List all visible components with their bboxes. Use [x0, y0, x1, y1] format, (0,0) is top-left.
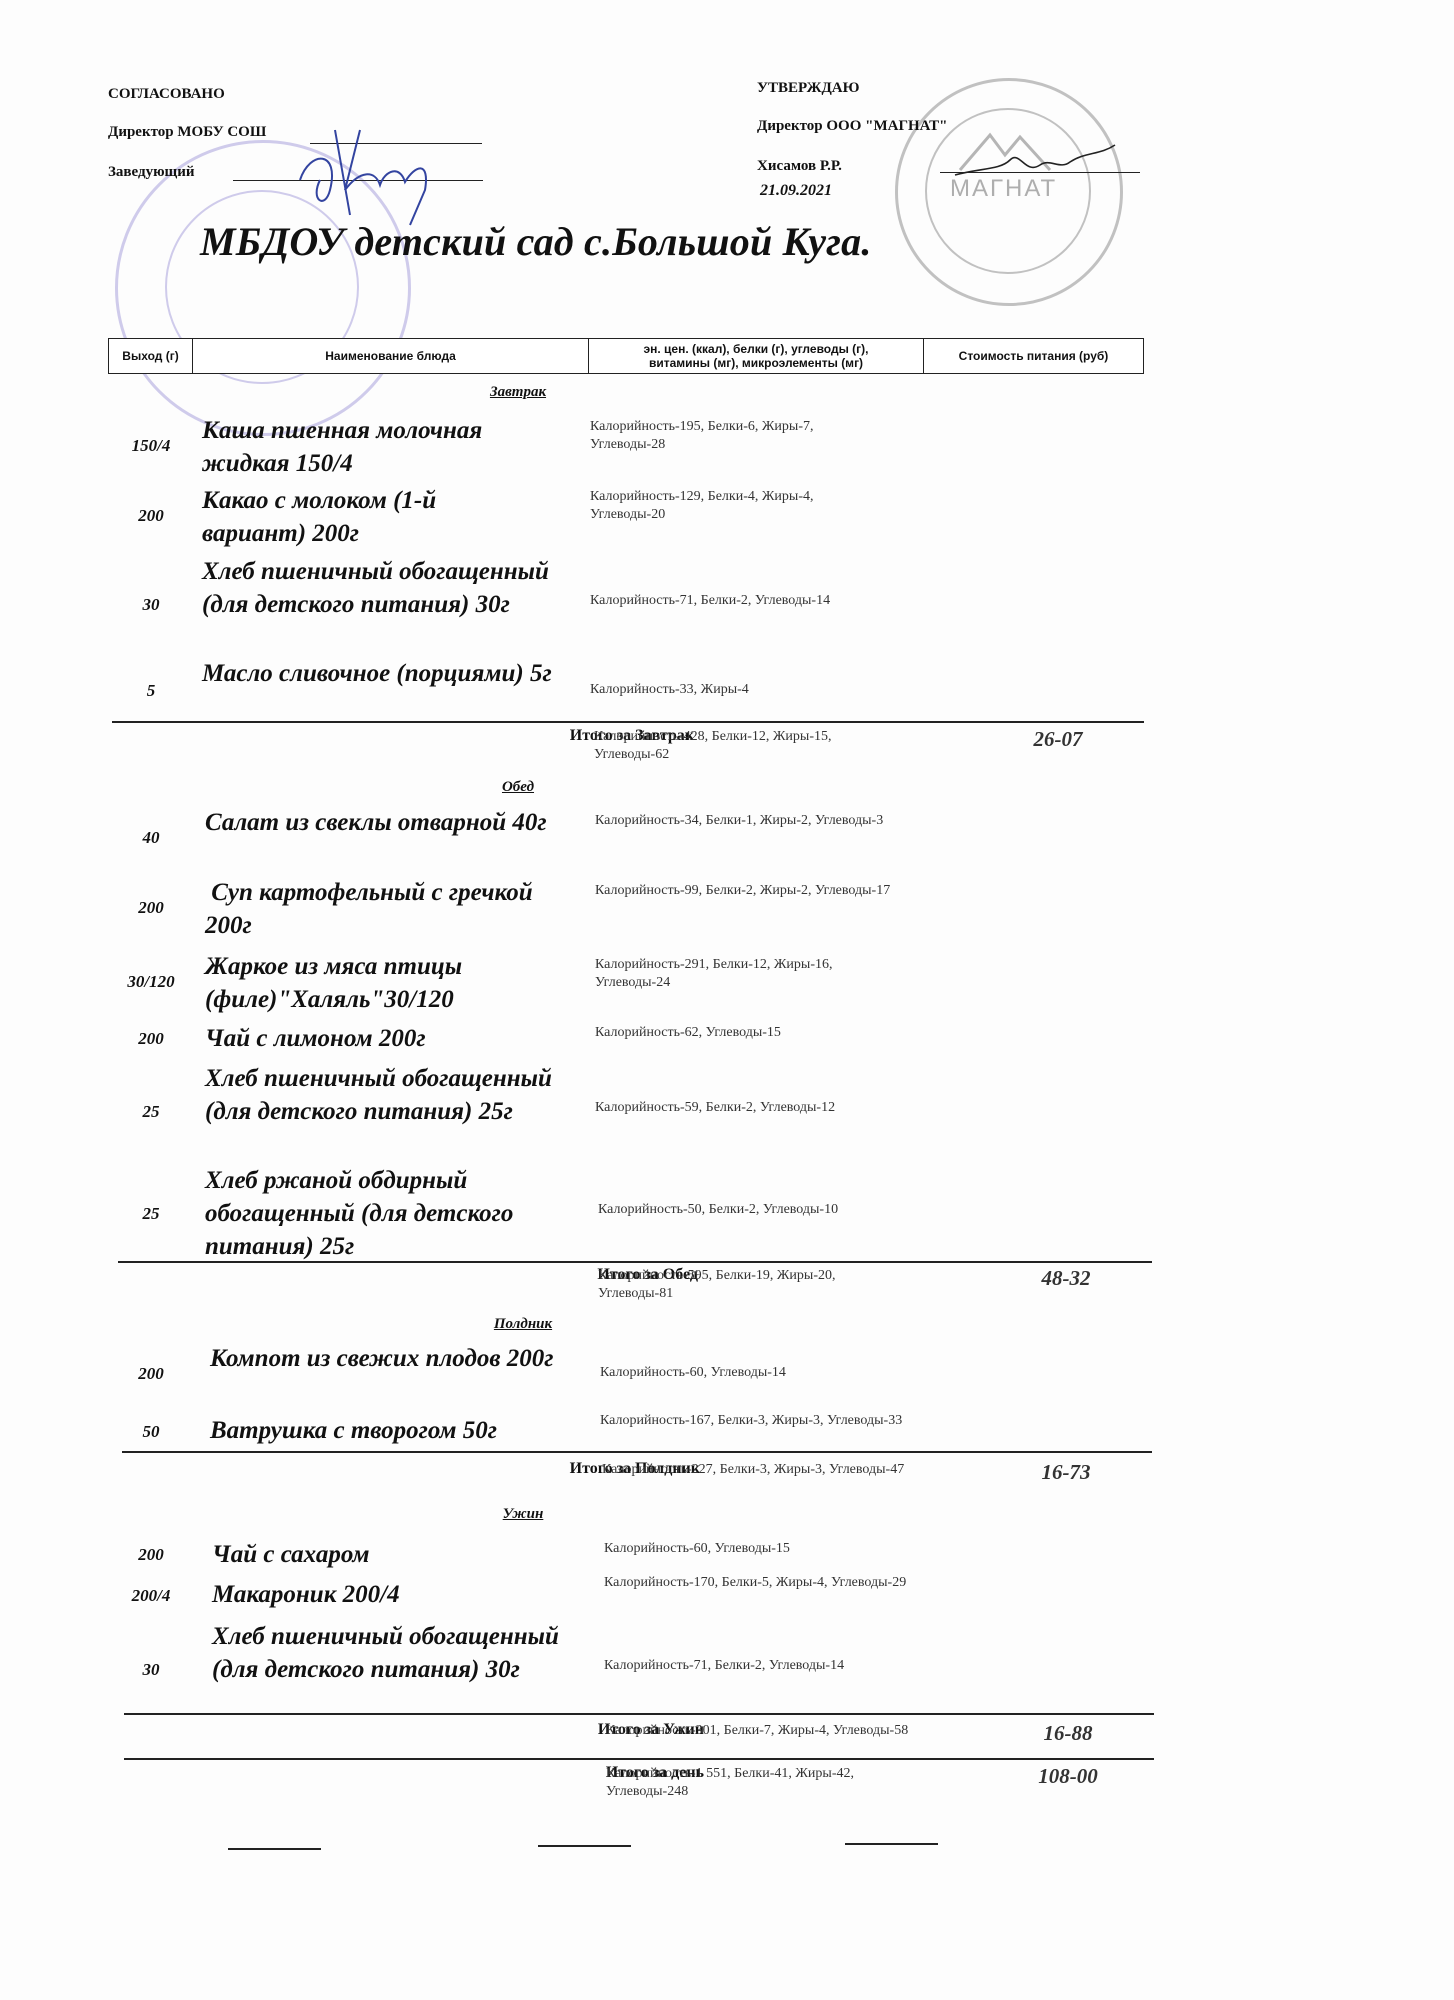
row-nutrition: Калорийность-167, Белки-3, Жиры-3, Углев…	[600, 1412, 910, 1430]
row-yield: 200/4	[108, 1586, 194, 1606]
row-yield: 30	[108, 1660, 194, 1680]
row-nutrition: Калорийность-59, Белки-2, Углеводы-12	[595, 1099, 935, 1117]
row-nutrition: Калорийность-34, Белки-1, Жиры-2, Углево…	[595, 812, 905, 830]
row-nutrition: Калорийность-99, Белки-2, Жиры-2, Углево…	[595, 882, 905, 900]
row-dish: Какао с молоком (1-й вариант) 200г	[202, 484, 492, 550]
total-cost: 26-07	[988, 727, 1128, 752]
table-header: Выход (г) Наименование блюда эн. цен. (к…	[108, 338, 1144, 374]
row-nutrition: Калорийность-291, Белки-12, Жиры-16, Угл…	[595, 956, 905, 992]
section-divider	[118, 1261, 1152, 1263]
row-dish: Хлеб пшеничный обогащенный (для детского…	[202, 555, 572, 621]
approval-left-heading: СОГЛАСОВАНО	[108, 86, 225, 103]
row-dish: Хлеб пшеничный обогащенный (для детского…	[212, 1620, 582, 1686]
row-yield: 200	[108, 898, 194, 918]
row-dish: Хлеб ржаной обдирный обогащенный (для де…	[205, 1164, 575, 1263]
column-header-nutrition: эн. цен. (ккал), белки (г), углеводы (г)…	[589, 339, 924, 373]
row-nutrition: Калорийность-195, Белки-6, Жиры-7, Углев…	[590, 418, 890, 454]
row-dish: Салат из свеклы отварной 40г	[205, 806, 575, 839]
approval-left-director: Директор МОБУ СОШ	[108, 124, 266, 141]
row-yield: 150/4	[108, 436, 194, 456]
day-total-nutrition: Калорийность-1 551, Белки-41, Жиры-42, У…	[606, 1765, 916, 1801]
row-dish: Чай с лимоном 200г	[205, 1022, 595, 1055]
row-nutrition: Калорийность-50, Белки-2, Углеводы-10	[598, 1201, 938, 1219]
section-divider	[124, 1713, 1154, 1715]
signature-dash-2	[538, 1845, 631, 1847]
row-nutrition: Калорийность-71, Белки-2, Углеводы-14	[590, 592, 930, 610]
column-header-nutrition-line1: эн. цен. (ккал), белки (г), углеводы (г)…	[644, 342, 869, 356]
row-nutrition: Калорийность-129, Белки-4, Жиры-4, Углев…	[590, 488, 890, 524]
row-dish: Суп картофельный с гречкой 200г	[205, 876, 585, 942]
column-header-nutrition-line2: витамины (мг), микроэлементы (мг)	[649, 356, 863, 370]
row-yield: 50	[108, 1422, 194, 1442]
row-yield: 25	[108, 1102, 194, 1122]
section-label-snack: Полдник	[108, 1316, 938, 1333]
row-yield: 200	[108, 1029, 194, 1049]
column-header-yield: Выход (г)	[109, 339, 193, 373]
section-divider	[112, 721, 1144, 723]
row-dish: Ватрушка с творогом 50г	[210, 1414, 600, 1447]
row-yield: 200	[108, 506, 194, 526]
total-cost: 16-88	[998, 1721, 1138, 1746]
row-nutrition: Калорийность-60, Углеводы-14	[600, 1364, 920, 1382]
signature-left	[290, 120, 450, 230]
row-dish: Компот из свежих плодов 200г	[210, 1342, 580, 1375]
row-yield: 25	[108, 1204, 194, 1224]
row-yield: 200	[108, 1364, 194, 1384]
day-total-cost: 108-00	[998, 1764, 1138, 1789]
row-dish: Каша пшенная молочная жидкая 150/4	[202, 414, 542, 480]
row-yield: 30/120	[108, 972, 194, 992]
row-dish: Жаркое из мяса птицы (филе)"Халяль"30/12…	[205, 950, 535, 1016]
row-nutrition: Калорийность-33, Жиры-4	[590, 681, 910, 699]
section-divider	[122, 1451, 1152, 1453]
day-total-divider	[124, 1758, 1154, 1760]
row-dish: Макароник 200/4	[212, 1578, 602, 1611]
row-dish: Хлеб пшеничный обогащенный (для детского…	[205, 1062, 575, 1128]
total-cost: 48-32	[996, 1266, 1136, 1291]
row-nutrition: Калорийность-60, Углеводы-15	[604, 1540, 924, 1558]
row-dish: Масло сливочное (порциями) 5г	[202, 657, 592, 690]
approval-right-heading: УТВЕРЖДАЮ	[757, 80, 860, 97]
row-dish: Чай с сахаром	[212, 1538, 602, 1571]
section-label-dinner: Ужин	[108, 1506, 938, 1523]
column-header-dish: Наименование блюда	[193, 339, 589, 373]
column-header-cost: Стоимость питания (руб)	[924, 339, 1143, 373]
row-yield: 30	[108, 595, 194, 615]
approval-right-name: Хисамов Р.Р.	[757, 158, 842, 175]
row-yield: 200	[108, 1545, 194, 1565]
total-nutrition: Калорийность-301, Белки-7, Жиры-4, Углев…	[606, 1722, 916, 1740]
row-yield: 5	[108, 681, 194, 701]
signature-right	[950, 140, 1120, 190]
page-title: МБДОУ детский сад с.Большой Куга.	[200, 218, 872, 265]
total-cost: 16-73	[996, 1460, 1136, 1485]
approval-date: 21.09.2021	[760, 182, 832, 200]
total-nutrition: Калорийность-227, Белки-3, Жиры-3, Углев…	[602, 1461, 912, 1479]
signature-dash-1	[228, 1848, 321, 1850]
approval-right-director: Директор ООО "МАГНАТ"	[757, 118, 948, 135]
total-nutrition: Калорийность-595, Белки-19, Жиры-20, Угл…	[598, 1267, 908, 1303]
row-yield: 40	[108, 828, 194, 848]
row-nutrition: Калорийность-71, Белки-2, Углеводы-14	[604, 1657, 944, 1675]
row-nutrition: Калорийность-170, Белки-5, Жиры-4, Углев…	[604, 1574, 914, 1592]
section-label-lunch: Обед	[108, 779, 928, 796]
row-nutrition: Калорийность-62, Углеводы-15	[595, 1024, 915, 1042]
total-nutrition: Калорийность-428, Белки-12, Жиры-15, Угл…	[594, 728, 904, 764]
approval-left-head: Заведующий	[108, 164, 194, 181]
section-label-breakfast: Завтрак	[108, 384, 928, 401]
signature-dash-3	[845, 1843, 938, 1845]
